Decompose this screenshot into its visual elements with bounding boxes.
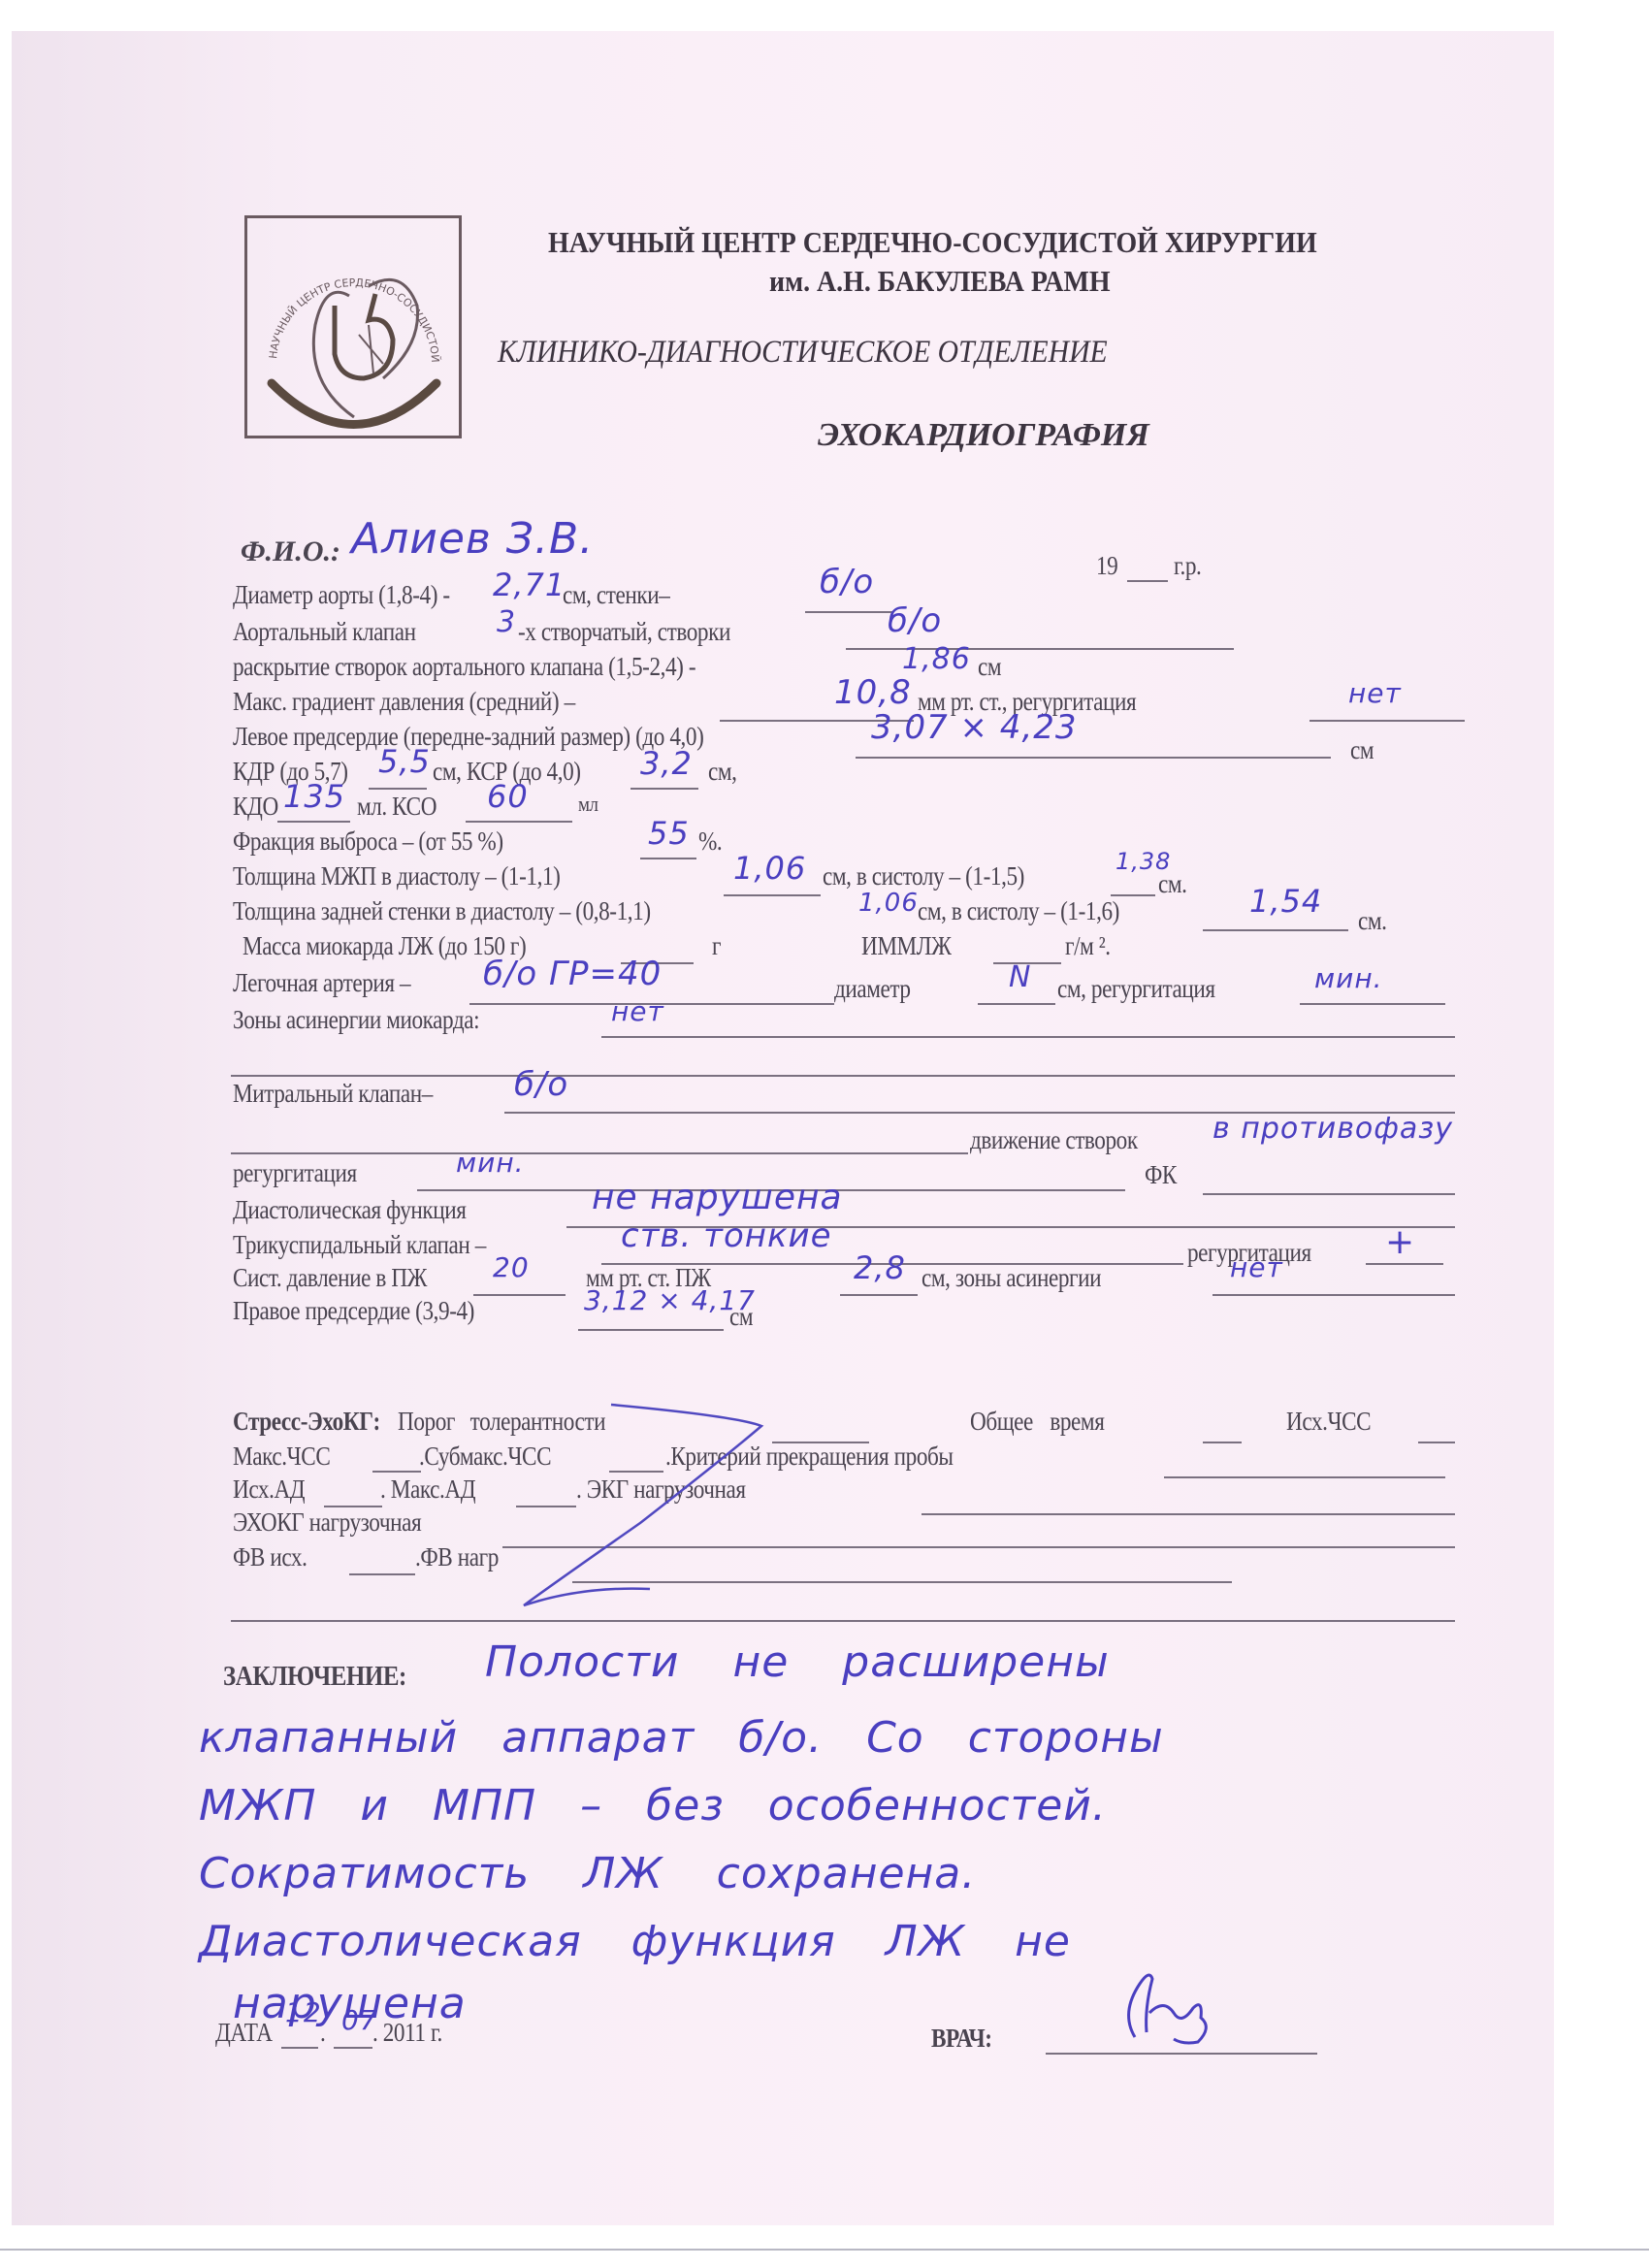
field-underline: [1203, 929, 1348, 931]
gradient-regurg-value[interactable]: нет: [1348, 677, 1402, 709]
rv-pressure-value[interactable]: 20: [493, 1251, 530, 1283]
birth-year-suffix: г.р.: [1174, 551, 1201, 581]
ef-value[interactable]: 55: [648, 815, 690, 852]
pa-label: Легочная артерия –: [233, 968, 410, 998]
tricuspid-value[interactable]: ств. тонкие: [621, 1216, 832, 1255]
mitral-regurg-value[interactable]: мин.: [456, 1147, 525, 1179]
pw-diast-value[interactable]: 1,06: [858, 889, 919, 918]
kso-unit: мл: [578, 792, 598, 817]
field-underline: [369, 788, 427, 790]
institution-logo: НАУЧНЫЙ ЦЕНТР СЕРДЕЧНО-СОСУДИСТОЙ ХИРУРГ…: [244, 215, 462, 438]
stress-ecg-load-field[interactable]: [921, 1513, 1455, 1515]
la-label: Левое предсердие (передне-задний размер)…: [233, 722, 703, 752]
field-underline: [805, 611, 892, 613]
field-underline: [334, 2047, 372, 2049]
fk-field[interactable]: [1203, 1193, 1455, 1195]
av-opening-unit: см: [978, 652, 1001, 682]
stress-stop-criteria-field[interactable]: [1164, 1476, 1445, 1478]
rv-asynergy-value[interactable]: нет: [1230, 1251, 1283, 1283]
field-underline: [277, 821, 350, 823]
department-name: КЛИНИКО-ДИАГНОСТИЧЕСКОЕ ОТДЕЛЕНИЕ: [498, 335, 1108, 371]
mass-unit: г: [712, 931, 721, 961]
av-label-post: -х створчатый, створки: [518, 617, 730, 647]
fk-label: ФК: [1145, 1160, 1177, 1190]
conclusion-line-2[interactable]: клапанный аппарат б/о. Со стороны: [199, 1713, 1164, 1763]
ksr-unit: см,: [708, 757, 737, 787]
av-leaflets-value[interactable]: б/о: [888, 601, 942, 640]
av-opening-label: раскрытие створок аортального клапана (1…: [233, 652, 695, 682]
stress-base-bp-label: Исх.АД: [233, 1474, 305, 1505]
pw-syst-value[interactable]: 1,54: [1249, 883, 1322, 920]
birth-year-field[interactable]: [1127, 580, 1168, 582]
field-underline: [840, 1294, 918, 1296]
pa-diam-label: диаметр: [834, 974, 911, 1004]
pa-value[interactable]: б/о ГР=40: [483, 955, 662, 993]
stress-ef-base-label: ФВ исх.: [233, 1542, 307, 1572]
rv-asynergy-label: см, зоны асинергии: [921, 1263, 1101, 1293]
pa-regurg-value[interactable]: мин.: [1314, 962, 1383, 994]
mitral-label: Митральный клапан–: [233, 1079, 433, 1109]
aorta-unit: см, стенки–: [563, 580, 669, 610]
ra-label: Правое предсердие (3,9-4): [233, 1296, 474, 1326]
asynergy-label: Зоны асинергии миокарда:: [233, 1005, 479, 1035]
aorta-label: Диаметр аорты (1,8-4) -: [233, 580, 450, 610]
av-opening-value[interactable]: 1,86: [902, 642, 971, 676]
av-label: Аортальный клапан: [233, 617, 416, 647]
stress-total-time-label: Общее время: [970, 1407, 1104, 1437]
mitral-motion-label: движение створок: [970, 1125, 1138, 1155]
stress-max-hr-field[interactable]: [372, 1471, 421, 1473]
ksr-value[interactable]: 3,2: [640, 745, 693, 782]
blank-line: [231, 1620, 1455, 1622]
diastolic-value[interactable]: не нарушена: [592, 1178, 843, 1217]
birth-year-prefix: 19: [1096, 551, 1117, 581]
ivs-unit: см.: [1158, 869, 1187, 899]
institution-name: НАУЧНЫЙ ЦЕНТР СЕРДЕЧНО-СОСУДИСТОЙ ХИРУРГ…: [548, 225, 1317, 260]
av-cusps-value[interactable]: 3: [497, 605, 516, 639]
field-underline: [978, 1003, 1055, 1005]
conclusion-line-4[interactable]: Сократимость ЛЖ сохранена.: [199, 1849, 976, 1898]
mitral-value[interactable]: б/о: [514, 1065, 568, 1104]
kso-label: мл. КСО: [357, 792, 436, 822]
pa-diam-value[interactable]: N: [1009, 960, 1031, 994]
immlzh-unit: г/м ².: [1065, 931, 1111, 961]
heart-logo-icon: НАУЧНЫЙ ЦЕНТР СЕРДЕЧНО-СОСУДИСТОЙ ХИРУРГ…: [247, 218, 459, 436]
mitral-motion-value[interactable]: в противофазу: [1212, 1112, 1453, 1146]
pw-mid-label: см, в систолу – (1-1,6): [918, 896, 1119, 926]
ef-unit: %.: [698, 826, 722, 857]
rv-pressure-label: Сист. давление в ПЖ: [233, 1263, 427, 1293]
field-underline: [1212, 1294, 1455, 1296]
la-value[interactable]: 3,07 × 4,23: [871, 708, 1078, 747]
blank-line: [231, 1152, 968, 1154]
fio-value[interactable]: Алиев З.В.: [351, 514, 594, 564]
kdo-label: КДО: [233, 792, 278, 822]
field-underline: [281, 2047, 318, 2049]
diastolic-label: Диастолическая функция: [233, 1195, 466, 1225]
ivs-label: Толщина МЖП в диастолу – (1-1,1): [233, 861, 560, 891]
ra-unit: см: [729, 1302, 753, 1332]
stress-ef-base-field[interactable]: [349, 1573, 415, 1575]
pw-label: Толщина задней стенки в диастолу – (0,8-…: [233, 896, 651, 926]
fio-label: Ф.И.О.:: [241, 535, 340, 568]
field-underline: [473, 1294, 566, 1296]
ivs-diast-value[interactable]: 1,06: [733, 850, 806, 887]
stress-total-time-field[interactable]: [1203, 1442, 1242, 1443]
ivs-mid-label: см, в систолу – (1-1,5): [823, 861, 1024, 891]
scan-edge: [0, 2249, 1649, 2251]
date-year: . 2011 г.: [372, 2018, 442, 2048]
field-underline: [1309, 720, 1465, 722]
field-underline: [601, 1036, 1455, 1038]
conclusion-line-1[interactable]: Полости не расширены: [485, 1637, 1110, 1687]
conclusion-line-3[interactable]: МЖП и МПП – без особенностей.: [199, 1781, 1107, 1831]
institution-name-line2: им. А.Н. БАКУЛЕВА РАМН: [769, 264, 1111, 299]
stress-base-hr-field[interactable]: [1418, 1442, 1455, 1443]
kdr-value[interactable]: 5,5: [378, 743, 431, 780]
rv-value[interactable]: 2,8: [854, 1249, 906, 1286]
field-underline: [578, 1329, 724, 1331]
field-underline: [724, 894, 821, 896]
tricuspid-label: Трикуспидальный клапан –: [233, 1230, 486, 1260]
field-underline: [640, 858, 696, 859]
aorta-walls-value[interactable]: б/о: [820, 563, 874, 601]
field-underline: [1366, 1263, 1443, 1265]
date-label: ДАТА: [215, 2018, 273, 2048]
doctor-signature: [1106, 1960, 1242, 2057]
stress-max-hr-label: Макс.ЧСС: [233, 1442, 330, 1472]
immlzh-label: ИММЛЖ: [861, 931, 951, 961]
gradient-label: Макс. градиент давления (средний) –: [233, 687, 575, 717]
kdo-value[interactable]: 135: [283, 778, 345, 815]
stress-echo-load-label: ЭХОКГ нагрузочная: [233, 1507, 421, 1538]
tricuspid-regurg-value[interactable]: +: [1385, 1222, 1415, 1262]
date-separator: .: [320, 2018, 325, 2048]
asynergy-value[interactable]: нет: [611, 995, 664, 1027]
doctor-label: ВРАЧ:: [931, 2024, 992, 2054]
stress-max-bp-label: . Макс.АД: [380, 1474, 475, 1505]
field-underline: [856, 757, 1331, 759]
pw-unit: см.: [1358, 906, 1387, 936]
pa-regurg-label: см, регургитация: [1057, 974, 1215, 1004]
stress-base-hr-label: Исх.ЧСС: [1286, 1407, 1371, 1437]
mitral-regurg-label: регургитация: [233, 1158, 357, 1188]
field-underline: [466, 821, 572, 823]
document-title: ЭХОКАРДИОГРАФИЯ: [818, 417, 1149, 454]
gradient-value[interactable]: 10,8: [834, 673, 912, 712]
field-underline: [1300, 1003, 1445, 1005]
field-underline: [630, 788, 698, 790]
date-day[interactable]: 12: [285, 1996, 322, 2028]
conclusion-label: ЗАКЛЮЧЕНИЕ:: [223, 1661, 406, 1693]
ef-label: Фракция выброса – (от 55 %): [233, 826, 503, 857]
la-unit: см: [1350, 735, 1374, 765]
kso-value[interactable]: 60: [487, 778, 529, 815]
cross-out-stroke: [485, 1397, 805, 1630]
conclusion-line-5[interactable]: Диастолическая функция ЛЖ не: [199, 1917, 1071, 1966]
blank-line: [231, 1075, 1455, 1077]
stress-echo-title: Стресс-ЭхоКГ:: [233, 1407, 380, 1437]
aorta-value[interactable]: 2,71: [493, 567, 566, 603]
